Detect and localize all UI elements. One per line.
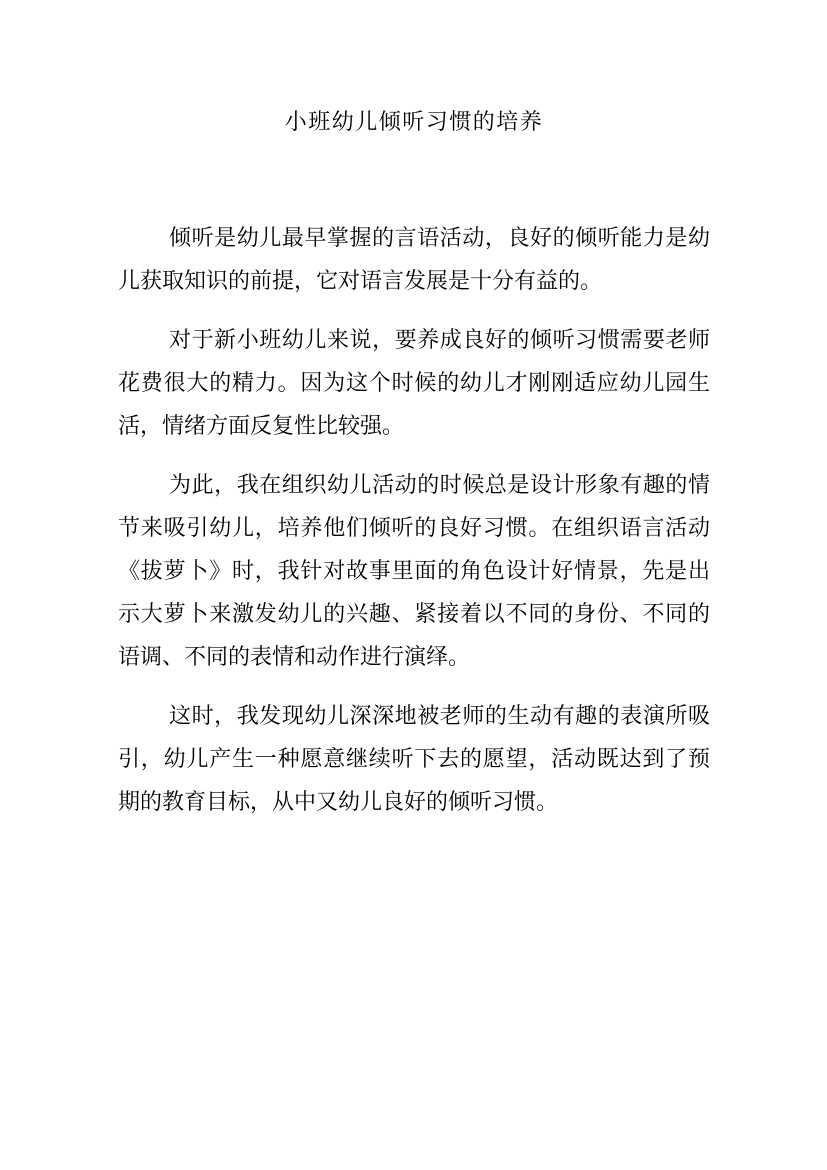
paragraph-challenge: 对于新小班幼儿来说，要养成良好的倾听习惯需要老师花费很大的精力。因为这个时候的幼… xyxy=(118,319,710,448)
document-title: 小班幼儿倾听习惯的培养 xyxy=(118,101,710,144)
paragraph-intro: 倾听是幼儿最早掌握的言语活动，良好的倾听能力是幼儿获取知识的前提，它对语言发展是… xyxy=(118,217,710,303)
paragraph-method: 为此，我在组织幼儿活动的时候总是设计形象有趣的情节来吸引幼儿，培养他们倾听的良好… xyxy=(118,464,710,679)
paragraph-result: 这时，我发现幼儿深深地被老师的生动有趣的表演所吸引，幼儿产生一种愿意继续听下去的… xyxy=(118,695,710,824)
document-page: 小班幼儿倾听习惯的培养 倾听是幼儿最早掌握的言语活动，良好的倾听能力是幼儿获取知… xyxy=(0,0,827,1170)
